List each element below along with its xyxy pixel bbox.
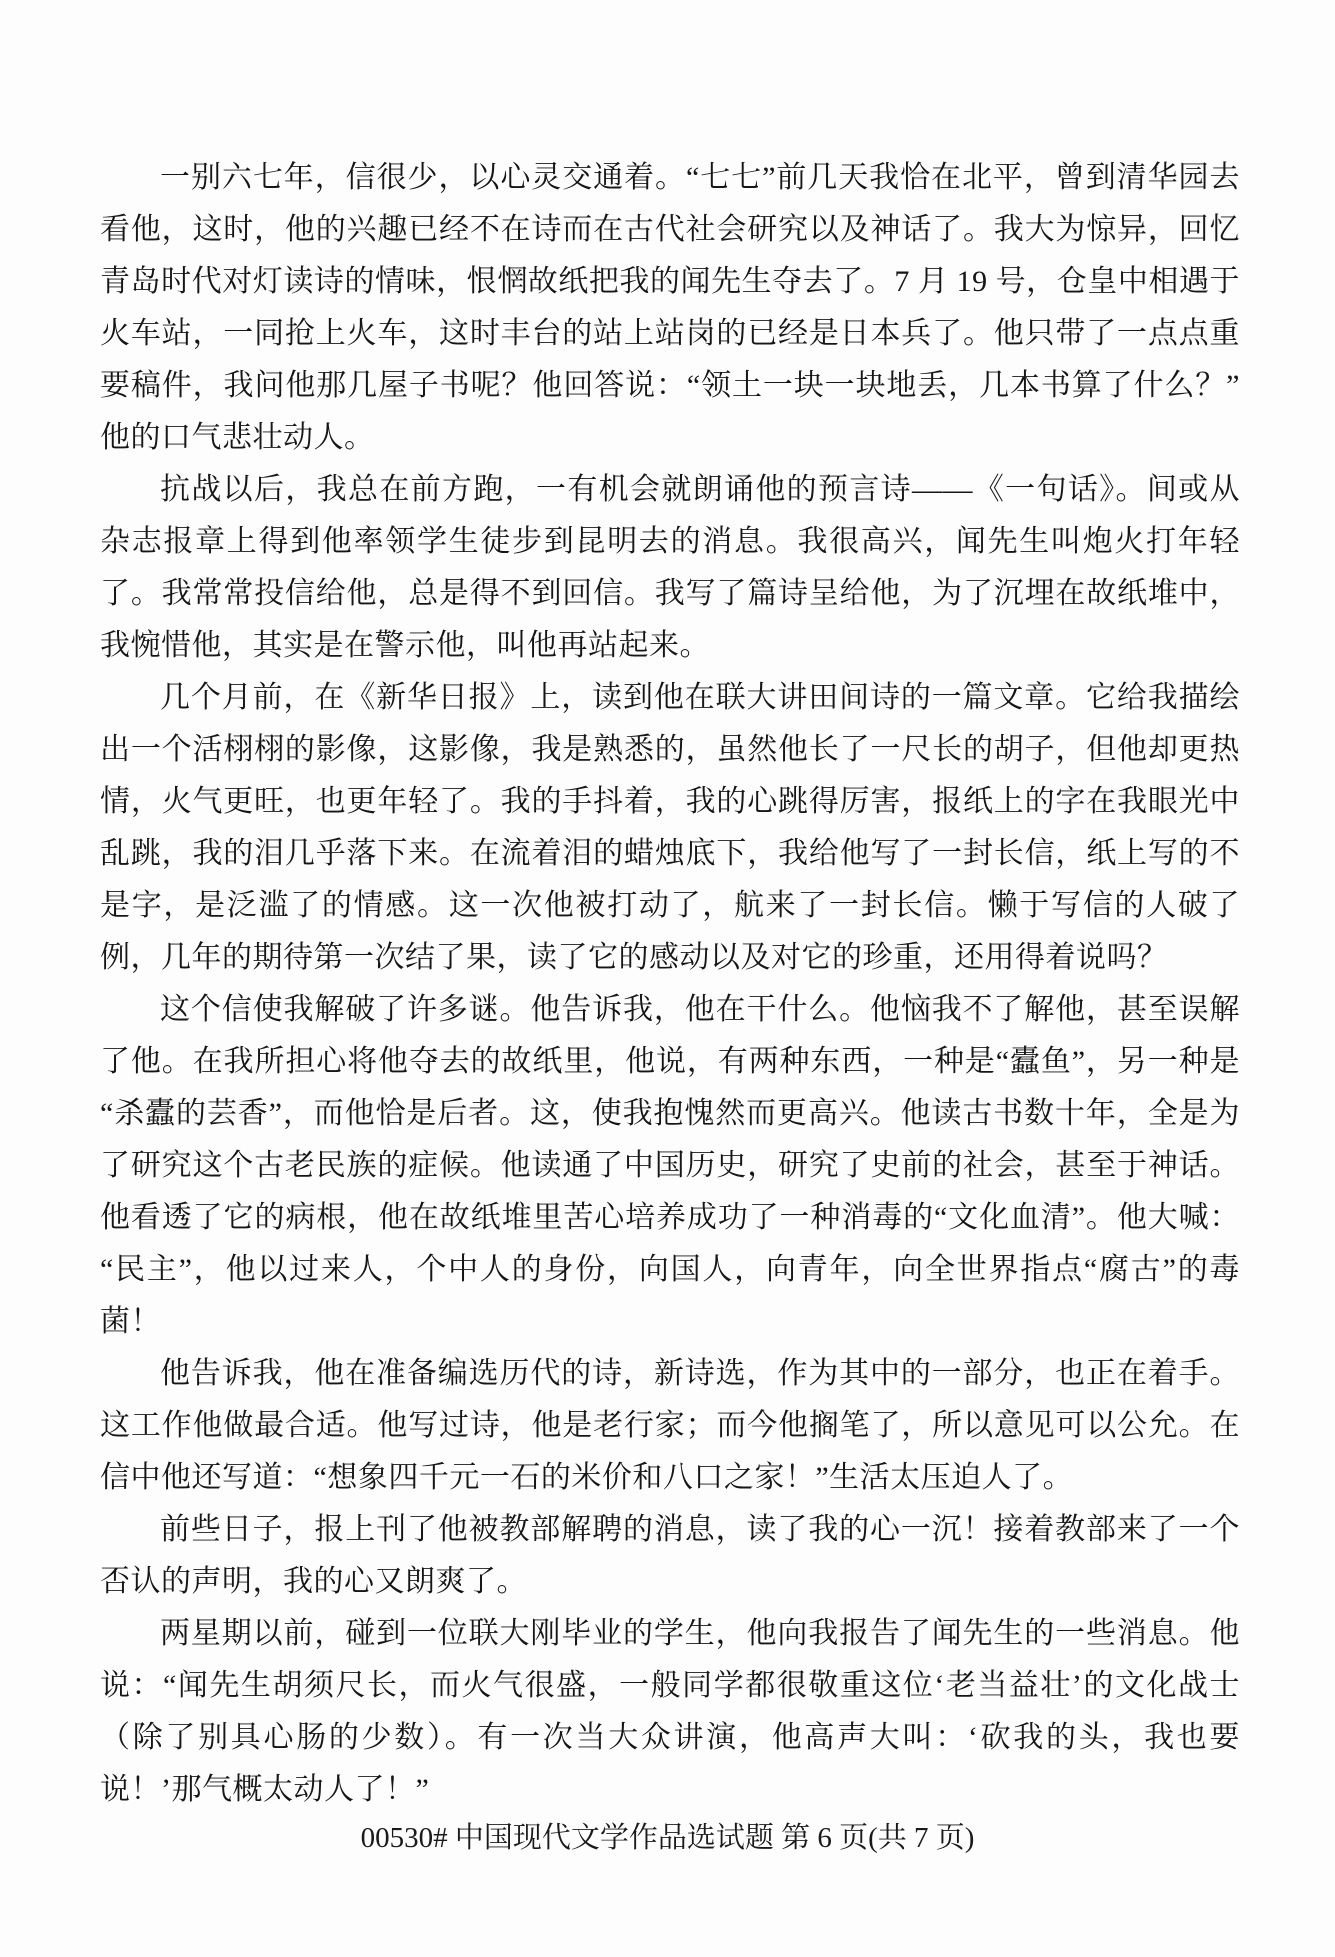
paragraph: 几个月前，在《新华日报》上，读到他在联大讲田间诗的一篇文章。它给我描绘出一个活栩… bbox=[100, 672, 1240, 984]
page-footer: 00530# 中国现代文学作品选试题 第 6 页(共 7 页) bbox=[0, 1818, 1335, 1858]
paragraph: 一别六七年，信很少，以心灵交通着。“七七”前几天我恰在北平，曾到清华园去看他，这… bbox=[100, 152, 1240, 464]
document-page: 一别六七年，信很少，以心灵交通着。“七七”前几天我恰在北平，曾到清华园去看他，这… bbox=[0, 0, 1335, 1957]
essay-body: 一别六七年，信很少，以心灵交通着。“七七”前几天我恰在北平，曾到清华园去看他，这… bbox=[100, 152, 1240, 1816]
paragraph: 前些日子，报上刊了他被教部解聘的消息，读了我的心一沉！接着教部来了一个否认的声明… bbox=[100, 1504, 1240, 1608]
paragraph: 两星期以前，碰到一位联大刚毕业的学生，他向我报告了闻先生的一些消息。他说：“闻先… bbox=[100, 1608, 1240, 1816]
paragraph: 抗战以后，我总在前方跑，一有机会就朗诵他的预言诗——《一句话》。间或从杂志报章上… bbox=[100, 464, 1240, 672]
footer-text: 00530# 中国现代文学作品选试题 第 6 页(共 7 页) bbox=[361, 1822, 975, 1854]
paragraph: 这个信使我解破了许多谜。他告诉我，他在干什么。他恼我不了解他，甚至误解了他。在我… bbox=[100, 984, 1240, 1348]
paragraph: 他告诉我，他在准备编选历代的诗，新诗选，作为其中的一部分，也正在着手。这工作他做… bbox=[100, 1348, 1240, 1504]
